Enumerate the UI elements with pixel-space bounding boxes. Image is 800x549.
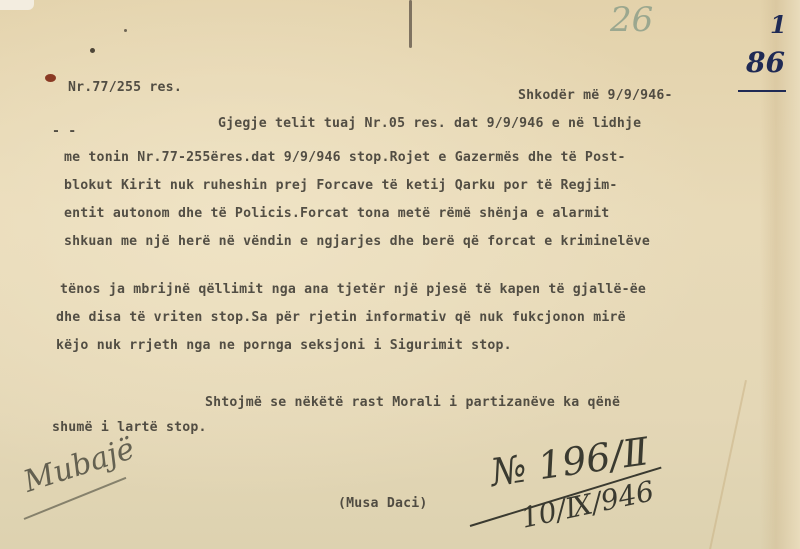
closing-line-1: Shtojmë se nëkëtë rast Morali i partizan… (205, 395, 620, 410)
body-line-8: këjo nuk rrjeth nga ne pornga seksjoni i… (56, 338, 512, 353)
body-line-5: shkuan me një herë në vëndin e ngjarjes … (64, 234, 650, 249)
reference-number: Nr.77/255 res. (68, 80, 182, 95)
body-line-2: me tonin Nr.77-255ëres.dat 9/9/946 stop.… (64, 150, 626, 165)
torn-corner (0, 0, 34, 10)
paper-crease-mark (409, 0, 412, 48)
body-line-3: blokut Kirit nuk ruheshin prej Forcave t… (64, 178, 618, 193)
body-line-1: Gjegje telit tuaj Nr.05 res. dat 9/9/946… (218, 116, 641, 131)
body-line-7: dhe disa të vriten stop.Sa për rjetin in… (56, 310, 626, 325)
page-number-top: 1 (770, 10, 787, 39)
place-date: Shkodër më 9/9/946- (518, 88, 673, 103)
page-number-underline (738, 90, 786, 92)
red-ink-dot (45, 74, 56, 82)
body-line-4: entit autonom dhe të Policis.Forcat tona… (64, 206, 609, 221)
ink-speck (124, 29, 127, 32)
archive-number-pencil: 26 (610, 0, 653, 40)
closing-line-2: shumë i lartë stop. (52, 420, 207, 435)
dash-marker: - - (52, 124, 76, 139)
signatory-name: (Musa Daci) (338, 496, 428, 511)
paper-edge-right (760, 0, 800, 549)
page-number-blue: 86 (746, 46, 785, 79)
body-line-6: tënos ja mbrijnë qëllimit nga ana tjetër… (60, 282, 646, 297)
ink-speck (90, 48, 95, 53)
